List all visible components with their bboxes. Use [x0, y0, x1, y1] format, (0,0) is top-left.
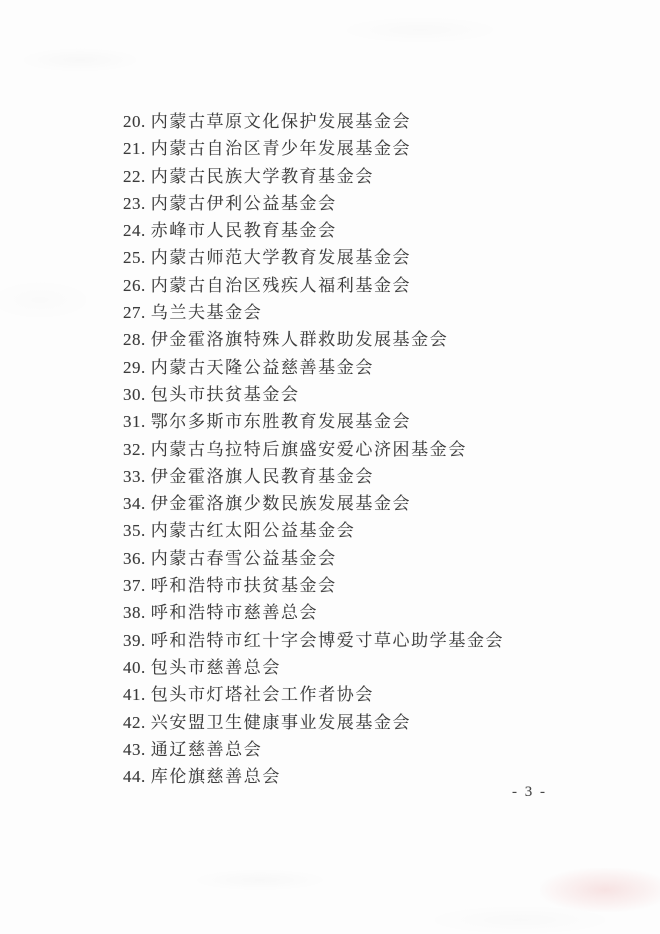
item-number: 40. [123, 658, 146, 677]
item-name: 内蒙古民族大学教育基金会 [151, 167, 374, 186]
item-name: 内蒙古天隆公益慈善基金会 [151, 358, 374, 377]
page-number: - 3 - [512, 784, 547, 801]
item-number: 23. [123, 194, 146, 213]
item-name: 包头市慈善总会 [151, 658, 281, 677]
item-number: 39. [123, 631, 146, 650]
list-item: 21.内蒙古自治区青少年发展基金会 [123, 135, 504, 162]
item-number: 37. [123, 576, 146, 595]
list-item: 41.包头市灯塔社会工作者协会 [123, 681, 504, 708]
item-number: 27. [123, 303, 146, 322]
list-item: 24.赤峰市人民教育基金会 [123, 217, 504, 244]
item-number: 41. [123, 685, 146, 704]
item-number: 34. [123, 494, 146, 513]
item-name: 内蒙古师范大学教育发展基金会 [151, 248, 411, 267]
list-item: 37.呼和浩特市扶贫基金会 [123, 572, 504, 599]
list-item: 27.乌兰夫基金会 [123, 299, 504, 326]
list-item: 34.伊金霍洛旗少数民族发展基金会 [123, 490, 504, 517]
item-name: 赤峰市人民教育基金会 [151, 221, 337, 240]
item-name: 乌兰夫基金会 [151, 303, 263, 322]
item-number: 42. [123, 713, 146, 732]
item-number: 28. [123, 330, 146, 349]
item-number: 38. [123, 603, 146, 622]
list-item: 32.内蒙古乌拉特后旗盛安爱心济困基金会 [123, 436, 504, 463]
list-item: 35.内蒙古红太阳公益基金会 [123, 517, 504, 544]
list-item: 33.伊金霍洛旗人民教育基金会 [123, 463, 504, 490]
item-name: 内蒙古春雪公益基金会 [151, 549, 337, 568]
list-item: 31.鄂尔多斯市东胜教育发展基金会 [123, 408, 504, 435]
item-name: 呼和浩特市扶贫基金会 [151, 576, 337, 595]
item-name: 呼和浩特市红十字会博爱寸草心助学基金会 [151, 631, 504, 650]
list-item: 42.兴安盟卫生健康事业发展基金会 [123, 709, 504, 736]
item-name: 伊金霍洛旗人民教育基金会 [151, 467, 374, 486]
list-item: 39.呼和浩特市红十字会博爱寸草心助学基金会 [123, 627, 504, 654]
item-name: 内蒙古红太阳公益基金会 [151, 521, 356, 540]
item-number: 43. [123, 740, 146, 759]
item-name: 内蒙古草原文化保护发展基金会 [151, 112, 411, 131]
item-number: 30. [123, 385, 146, 404]
list-item: 38.呼和浩特市慈善总会 [123, 599, 504, 626]
item-number: 25. [123, 248, 146, 267]
list-item: 43.通辽慈善总会 [123, 736, 504, 763]
item-name: 内蒙古自治区残疾人福利基金会 [151, 276, 411, 295]
item-number: 32. [123, 440, 146, 459]
list-item: 25.内蒙古师范大学教育发展基金会 [123, 244, 504, 271]
item-number: 44. [123, 767, 146, 786]
list-item: 30.包头市扶贫基金会 [123, 381, 504, 408]
list-item: 23.内蒙古伊利公益基金会 [123, 190, 504, 217]
item-name: 兴安盟卫生健康事业发展基金会 [151, 713, 411, 732]
item-number: 26. [123, 276, 146, 295]
item-number: 29. [123, 358, 146, 377]
foundation-list: 20.内蒙古草原文化保护发展基金会21.内蒙古自治区青少年发展基金会22.内蒙古… [123, 108, 504, 790]
list-item: 22.内蒙古民族大学教育基金会 [123, 163, 504, 190]
scan-smudge [540, 868, 660, 912]
item-name: 包头市扶贫基金会 [151, 385, 300, 404]
item-name: 伊金霍洛旗特殊人群救助发展基金会 [151, 330, 449, 349]
item-number: 35. [123, 521, 146, 540]
item-name: 库伦旗慈善总会 [151, 767, 281, 786]
item-name: 鄂尔多斯市东胜教育发展基金会 [151, 412, 411, 431]
item-name: 内蒙古伊利公益基金会 [151, 194, 337, 213]
item-number: 31. [123, 412, 146, 431]
item-number: 21. [123, 139, 146, 158]
list-item: 44.库伦旗慈善总会 [123, 763, 504, 790]
list-item: 29.内蒙古天隆公益慈善基金会 [123, 354, 504, 381]
item-number: 24. [123, 221, 146, 240]
item-name: 伊金霍洛旗少数民族发展基金会 [151, 494, 411, 513]
list-item: 28.伊金霍洛旗特殊人群救助发展基金会 [123, 326, 504, 353]
item-number: 33. [123, 467, 146, 486]
item-name: 内蒙古乌拉特后旗盛安爱心济困基金会 [151, 440, 467, 459]
item-number: 20. [123, 112, 146, 131]
item-number: 22. [123, 167, 146, 186]
list-item: 20.内蒙古草原文化保护发展基金会 [123, 108, 504, 135]
scanned-document-page: 20.内蒙古草原文化保护发展基金会21.内蒙古自治区青少年发展基金会22.内蒙古… [0, 0, 660, 934]
item-name: 内蒙古自治区青少年发展基金会 [151, 139, 411, 158]
list-item: 36.内蒙古春雪公益基金会 [123, 545, 504, 572]
list-item: 40.包头市慈善总会 [123, 654, 504, 681]
list-item: 26.内蒙古自治区残疾人福利基金会 [123, 272, 504, 299]
item-name: 包头市灯塔社会工作者协会 [151, 685, 374, 704]
item-name: 呼和浩特市慈善总会 [151, 603, 318, 622]
item-number: 36. [123, 549, 146, 568]
item-name: 通辽慈善总会 [151, 740, 263, 759]
